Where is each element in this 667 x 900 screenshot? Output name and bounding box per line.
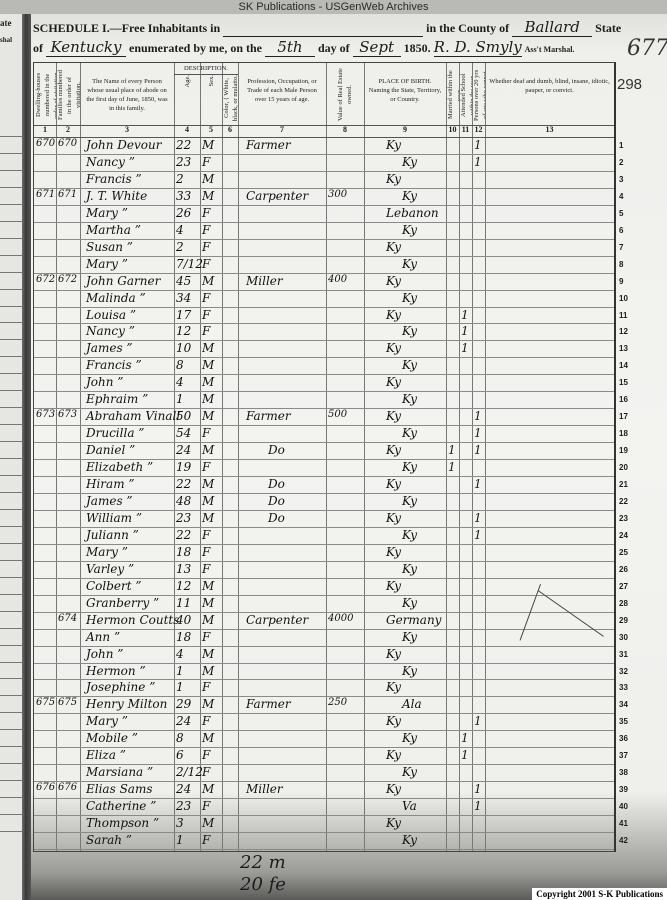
line-number: 15 <box>619 378 628 387</box>
county-label: in the County of <box>426 21 509 35</box>
cell-value: 400 <box>328 274 347 285</box>
cell-sex: M <box>202 392 214 406</box>
column-number: 7 <box>238 125 326 134</box>
cell-age: 12 <box>176 579 191 593</box>
cell-age: 6 <box>176 748 184 762</box>
line-number: 38 <box>619 768 628 777</box>
cell-name: Francis ” <box>86 172 142 186</box>
cell-age: 7/12 <box>176 257 203 271</box>
cell-age: 22 <box>176 138 191 152</box>
column-header-5: Sex. <box>200 75 222 121</box>
cell-birthplace: Ky <box>402 494 417 508</box>
left-page-rule <box>0 594 22 595</box>
cell-sex: M <box>202 579 214 593</box>
left-page-rule <box>0 289 22 290</box>
cell-sex: F <box>202 308 210 322</box>
cell-name: Hermon Coutts <box>86 613 179 627</box>
cell-birthplace: Ky <box>402 392 417 406</box>
cell-sex: M <box>202 138 214 152</box>
cell-age: 4 <box>176 647 184 661</box>
line-number: 30 <box>619 633 628 642</box>
cell-age: 18 <box>176 630 191 644</box>
column-divider <box>56 63 57 851</box>
cell-occupation: Farmer <box>246 409 291 423</box>
county-value: Ballard <box>512 18 592 37</box>
cell-age: 4 <box>176 223 184 237</box>
line-number: 7 <box>619 243 623 252</box>
cell-name: John Devour <box>86 138 162 152</box>
cell-family: 671 <box>58 189 77 200</box>
left-page-rule <box>0 509 22 510</box>
line-number: 3 <box>619 175 623 184</box>
cell-birthplace: Ky <box>402 223 417 237</box>
cell-age: 54 <box>176 426 191 440</box>
left-fragment-marshal: shal <box>0 36 12 44</box>
cell-sex: F <box>202 765 210 779</box>
cell-name: Nancy ” <box>86 324 135 338</box>
cell-birthplace: Ky <box>386 443 401 457</box>
line-number: 19 <box>619 446 628 455</box>
header-divider <box>34 125 614 126</box>
cell-age: 45 <box>176 274 191 288</box>
cell-birthplace: Ky <box>386 782 401 796</box>
schedule-label: SCHEDULE I.—Free Inhabitants in <box>33 21 220 35</box>
cell-sex: F <box>202 680 210 694</box>
line-number: 16 <box>619 395 628 404</box>
column-header-label: Sex. <box>207 75 216 86</box>
cell-name: Varley ” <box>86 562 134 576</box>
cell-name: Malinda ” <box>86 291 146 305</box>
cell-name: Mobile ” <box>86 731 138 745</box>
cell-birthplace: Ky <box>386 477 401 491</box>
cell-birthplace: Ky <box>386 647 401 661</box>
column-divider <box>326 63 327 851</box>
cell-birthplace: Ky <box>402 257 417 271</box>
cell-sex: F <box>202 833 210 847</box>
line-number: 2 <box>619 158 623 167</box>
column-header-label: Dwelling-houses numbered in the order of… <box>34 67 56 123</box>
cell-c12: 1 <box>474 409 482 423</box>
column-header-13: Whether deaf and dumb, blind, insane, id… <box>485 67 614 123</box>
cell-age: 8 <box>176 358 184 372</box>
cell-occupation: Farmer <box>246 138 291 152</box>
month-value: Sept <box>353 38 401 57</box>
line-number: 5 <box>619 209 623 218</box>
cell-c12: 1 <box>474 477 482 491</box>
state-label: State <box>595 21 621 35</box>
cell-name: Francis ” <box>86 358 142 372</box>
left-page-rule <box>0 678 22 679</box>
column-number: 2 <box>56 125 80 134</box>
left-page-rule <box>0 645 22 646</box>
cell-birthplace: Ky <box>386 138 401 152</box>
cell-age: 4 <box>176 375 184 389</box>
left-page-rule <box>0 390 22 391</box>
cell-name: Catherine ” <box>86 799 156 813</box>
column-header-label: Attended School within the year. <box>459 67 472 123</box>
line-number: 35 <box>619 717 628 726</box>
handwritten-page-number: 677 <box>627 36 667 61</box>
column-number: 4 <box>174 125 200 134</box>
cell-sex: M <box>202 443 214 457</box>
cell-family: 672 <box>58 274 77 285</box>
cell-sex: M <box>202 409 214 423</box>
left-page-rule <box>0 560 22 561</box>
cell-sex: F <box>202 748 210 762</box>
column-header-12: Persons over 20 yrs of age who cannot re… <box>472 67 485 123</box>
column-divider <box>80 63 81 851</box>
line-number: 33 <box>619 683 628 692</box>
copyright-notice: Copyright 2001 S-K Publications <box>532 888 667 900</box>
cell-sex: M <box>202 731 214 745</box>
cell-family: 673 <box>58 409 77 420</box>
cell-family: 670 <box>58 138 77 149</box>
cell-birthplace: Ky <box>402 291 417 305</box>
cell-c11: 1 <box>461 324 469 338</box>
column-divider <box>459 63 460 851</box>
line-number: 10 <box>619 294 628 303</box>
column-header-4: Age. <box>174 75 200 121</box>
cell-birthplace: Ky <box>402 833 417 847</box>
cell-value: 250 <box>328 697 347 708</box>
cell-sex: F <box>202 545 210 559</box>
line-number: 23 <box>619 514 628 523</box>
left-page-rule <box>0 272 22 273</box>
cell-name: Ephraim ” <box>86 392 148 406</box>
marshal-value: R. D. Smyly <box>434 38 522 57</box>
cell-sex: F <box>202 630 210 644</box>
line-number: 32 <box>619 667 628 676</box>
column-number: 13 <box>485 125 614 134</box>
year-label: 1850. <box>404 41 431 55</box>
header-line-2: of Kentucky enumerated by me, on the 5th… <box>33 38 574 57</box>
line-number: 17 <box>619 412 628 421</box>
cell-name: J. T. White <box>86 189 147 203</box>
cell-birthplace: Ky <box>402 358 417 372</box>
cell-sex: F <box>202 460 210 474</box>
cell-name: Hiram ” <box>86 477 135 491</box>
cell-c12: 1 <box>474 528 482 542</box>
cell-value: 300 <box>328 189 347 200</box>
census-page: SK Publications - USGenWeb Archives ate … <box>0 0 667 900</box>
left-fragment-state: ate <box>0 18 12 28</box>
cell-sex: M <box>202 816 214 830</box>
cell-dwelling: 676 <box>36 782 55 793</box>
cell-age: 24 <box>176 443 191 457</box>
cell-sex: M <box>202 172 214 186</box>
column-header-1: Dwelling-houses numbered in the order of… <box>34 67 56 123</box>
column-number: 3 <box>80 125 174 134</box>
column-header-10: Married within the year. <box>446 67 459 123</box>
left-page-rule <box>0 577 22 578</box>
cell-name: Hermon ” <box>86 664 146 678</box>
cell-age: 1 <box>176 680 184 694</box>
cell-sex: M <box>202 341 214 355</box>
column-header-3: The Name of every Person whose usual pla… <box>80 67 174 123</box>
left-page-rule <box>0 136 22 137</box>
cell-sex: F <box>202 799 210 813</box>
cell-name: Josephine ” <box>86 680 155 694</box>
cell-name: Marsiana ” <box>86 765 153 779</box>
left-page-rule <box>0 695 22 696</box>
township-blank <box>223 18 423 37</box>
cell-name: Mary ” <box>86 545 128 559</box>
cell-sex: M <box>202 358 214 372</box>
line-number: 8 <box>619 260 623 269</box>
cell-age: 2 <box>176 240 184 254</box>
day-value: 5th <box>265 38 315 57</box>
description-group-label: DESCRIPTION. <box>174 64 238 74</box>
day-of-label: day of <box>318 41 350 55</box>
cell-age: 22 <box>176 477 191 491</box>
cell-sex: M <box>202 189 214 203</box>
line-number: 37 <box>619 751 628 760</box>
column-header-label: The Name of every Person whose usual pla… <box>80 67 174 113</box>
cell-age: 2 <box>176 172 184 186</box>
cell-birthplace: Ky <box>386 680 401 694</box>
cell-name: Juliann ” <box>86 528 139 542</box>
cell-birthplace: Ky <box>402 426 417 440</box>
cell-birthplace: Va <box>402 799 417 813</box>
cell-name: John ” <box>86 375 123 389</box>
column-number: 12 <box>472 125 485 134</box>
cell-birthplace: Ky <box>402 731 417 745</box>
column-divider <box>238 63 239 851</box>
cell-age: 29 <box>176 697 191 711</box>
cell-dwelling: 671 <box>36 189 55 200</box>
cell-value: 500 <box>328 409 347 420</box>
column-header-7: Profession, Occupation, or Trade of each… <box>238 67 326 123</box>
cell-sex: F <box>202 240 210 254</box>
cell-name: John Garner <box>86 274 160 288</box>
line-number: 21 <box>619 480 628 489</box>
column-header-label: Whether deaf and dumb, blind, insane, id… <box>485 67 614 95</box>
line-number: 22 <box>619 497 628 506</box>
left-page-rule <box>0 797 22 798</box>
line-number: 26 <box>619 565 628 574</box>
cell-age: 1 <box>176 664 184 678</box>
left-page-rule <box>0 729 22 730</box>
cell-age: 18 <box>176 545 191 559</box>
column-header-label: Persons over 20 yrs of age who cannot re… <box>472 67 485 123</box>
cell-birthplace: Ky <box>386 579 401 593</box>
cell-name: Abraham Vinall <box>86 409 180 423</box>
left-page-rule <box>0 475 22 476</box>
cell-c11: 1 <box>461 341 469 355</box>
column-divider <box>200 63 201 851</box>
left-page-rule <box>0 306 22 307</box>
left-page-rule <box>0 187 22 188</box>
column-divider <box>485 63 486 851</box>
left-page-rule <box>0 441 22 442</box>
left-page-rule <box>0 170 22 171</box>
cell-birthplace: Ala <box>402 697 422 711</box>
column-divider <box>222 63 223 851</box>
cell-sex: F <box>202 257 210 271</box>
cell-dwelling: 672 <box>36 274 55 285</box>
cell-name: John ” <box>86 647 123 661</box>
left-page-fragment: ate shal <box>0 14 22 900</box>
cell-sex: F <box>202 223 210 237</box>
cell-c12: 1 <box>474 426 482 440</box>
line-number: 1 <box>619 141 623 150</box>
cell-name: Nancy ” <box>86 155 135 169</box>
cell-name: Granberry ” <box>86 596 159 610</box>
column-number: 5 <box>200 125 222 134</box>
cell-birthplace: Ky <box>386 240 401 254</box>
cell-c12: 1 <box>474 443 482 457</box>
cell-occupation: Carpenter <box>246 189 308 203</box>
cell-c12: 1 <box>474 782 482 796</box>
column-header-9: PLACE OF BIRTH. Naming the State, Territ… <box>364 67 446 123</box>
cell-c12: 1 <box>474 714 482 728</box>
cell-birthplace: Ky <box>386 341 401 355</box>
cell-name: Elizabeth ” <box>86 460 153 474</box>
left-page-rule <box>0 238 22 239</box>
cell-birthplace: Ky <box>386 274 401 288</box>
left-page-rule <box>0 543 22 544</box>
cell-sex: M <box>202 477 214 491</box>
cell-birthplace: Ky <box>402 596 417 610</box>
cell-birthplace: Ky <box>402 765 417 779</box>
left-page-rule <box>0 831 22 832</box>
cell-dwelling: 675 <box>36 697 55 708</box>
census-table: Dwelling-houses numbered in the order of… <box>33 62 616 852</box>
cell-c12: 1 <box>474 138 482 152</box>
column-number: 8 <box>326 125 364 134</box>
cell-age: 24 <box>176 782 191 796</box>
cell-name: Louisa ” <box>86 308 136 322</box>
cell-sex: F <box>202 562 210 576</box>
cell-age: 17 <box>176 308 191 322</box>
cell-age: 3 <box>176 816 184 830</box>
cell-age: 23 <box>176 155 191 169</box>
column-header-6: Color, { White, black, or mulatto. <box>222 75 238 121</box>
line-number: 39 <box>619 785 628 794</box>
cell-sex: M <box>202 274 214 288</box>
total-females: 20 fe <box>240 874 286 895</box>
row-rule <box>34 849 614 850</box>
left-page-rule <box>0 746 22 747</box>
line-number: 11 <box>619 311 627 320</box>
header-divider <box>174 74 238 75</box>
cell-name: Mary ” <box>86 206 128 220</box>
cell-age: 10 <box>176 341 191 355</box>
cell-birthplace: Ky <box>402 460 417 474</box>
left-page-rule <box>0 153 22 154</box>
line-number: 18 <box>619 429 628 438</box>
line-number: 42 <box>619 836 628 845</box>
cell-sex: M <box>202 511 214 525</box>
cell-sex: F <box>202 714 210 728</box>
cell-c10: 1 <box>448 460 456 474</box>
cell-occupation: Miller <box>246 274 283 288</box>
left-page-rule <box>0 322 22 323</box>
cell-birthplace: Ky <box>402 664 417 678</box>
cell-birthplace: Ky <box>386 409 401 423</box>
cell-birthplace: Ky <box>386 714 401 728</box>
cell-name: Ann ” <box>86 630 120 644</box>
line-number: 36 <box>619 734 628 743</box>
header-line-1: SCHEDULE I.—Free Inhabitants in in the C… <box>33 18 621 37</box>
cell-occupation: Do <box>268 494 285 508</box>
cell-name: William ” <box>86 511 142 525</box>
cell-family: 674 <box>58 613 77 624</box>
cell-name: Mary ” <box>86 714 128 728</box>
cell-name: James ” <box>86 494 133 508</box>
line-number: 40 <box>619 802 628 811</box>
cell-name: Martha ” <box>86 223 141 237</box>
cell-birthplace: Ky <box>386 748 401 762</box>
cell-birthplace: Lebanon <box>386 206 439 220</box>
column-number: 6 <box>222 125 238 134</box>
cell-name: Drucilla ” <box>86 426 144 440</box>
line-number: 41 <box>619 819 628 828</box>
cell-birthplace: Ky <box>386 816 401 830</box>
cell-name: Sarah ” <box>86 833 132 847</box>
left-page-rule <box>0 373 22 374</box>
cell-birthplace: Ky <box>402 155 417 169</box>
cell-sex: M <box>202 697 214 711</box>
cell-c11: 1 <box>461 748 469 762</box>
cell-sex: M <box>202 664 214 678</box>
cell-family: 675 <box>58 697 77 708</box>
left-page-rule <box>0 780 22 781</box>
left-page-rule <box>0 814 22 815</box>
column-divider <box>364 63 365 851</box>
cell-name: Daniel ” <box>86 443 135 457</box>
left-page-rule <box>0 458 22 459</box>
cell-sex: M <box>202 782 214 796</box>
left-page-rule <box>0 526 22 527</box>
cell-age: 40 <box>176 613 191 627</box>
column-number: 11 <box>459 125 472 134</box>
cell-sex: M <box>202 494 214 508</box>
cell-name: Thompson ” <box>86 816 159 830</box>
column-number: 1 <box>34 125 56 134</box>
line-number: 29 <box>619 616 628 625</box>
of-label: of <box>33 41 43 55</box>
cell-age: 8 <box>176 731 184 745</box>
cell-birthplace: Ky <box>386 545 401 559</box>
cell-birthplace: Ky <box>402 324 417 338</box>
left-page-rule <box>0 255 22 256</box>
left-page-rule <box>0 611 22 612</box>
column-header-label: Profession, Occupation, or Trade of each… <box>238 67 326 104</box>
cell-age: 2/12 <box>176 765 203 779</box>
cell-age: 24 <box>176 714 191 728</box>
cell-age: 48 <box>176 494 191 508</box>
cell-c12: 1 <box>474 799 482 813</box>
cell-family: 676 <box>58 782 77 793</box>
cell-c12: 1 <box>474 155 482 169</box>
cell-birthplace: Ky <box>386 375 401 389</box>
cell-name: Susan ” <box>86 240 133 254</box>
cell-sex: F <box>202 206 210 220</box>
cell-sex: F <box>202 426 210 440</box>
cell-dwelling: 670 <box>36 138 55 149</box>
column-header-label: PLACE OF BIRTH. Naming the State, Territ… <box>364 67 446 104</box>
cell-age: 50 <box>176 409 191 423</box>
line-number: 24 <box>619 531 628 540</box>
enumerated-label: enumerated by me, on the <box>129 41 262 55</box>
column-header-label: Married within the year. <box>446 67 459 123</box>
cell-name: Colbert ” <box>86 579 142 593</box>
cell-birthplace: Ky <box>386 308 401 322</box>
left-page-rule <box>0 407 22 408</box>
cell-c11: 1 <box>461 731 469 745</box>
cell-birthplace: Ky <box>402 189 417 203</box>
